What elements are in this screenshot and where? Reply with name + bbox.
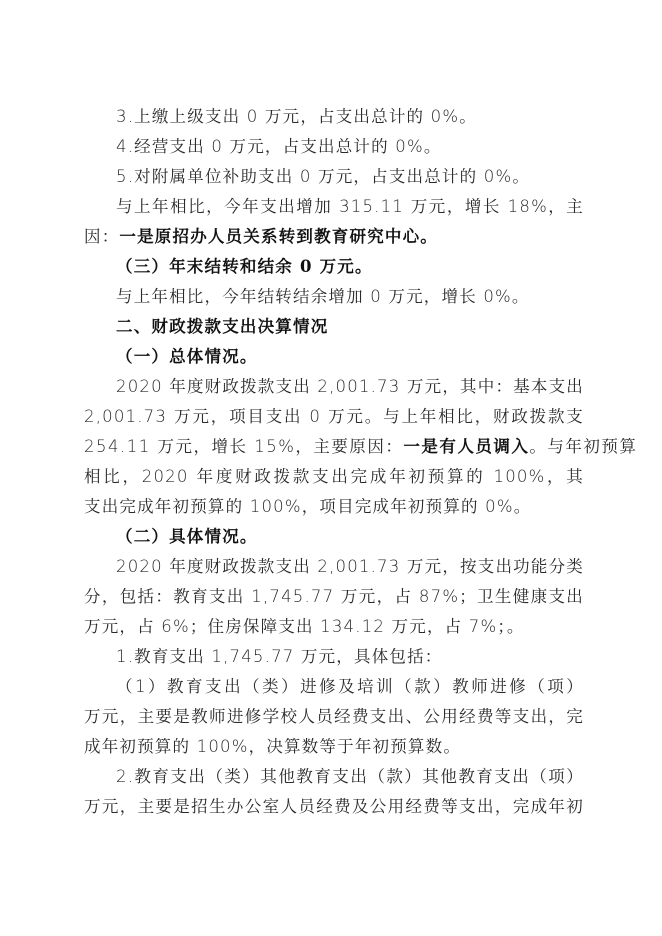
specific-para-line-3: 万元，占 6%；住房保障支出 134.12 万元，占 7%；。 bbox=[84, 612, 584, 642]
teacher-training-line-1: （1）教育支出（类）进修及培训（款）教师进修（项）1,589.20 bbox=[84, 672, 584, 702]
document-page: 3.上缴上级支出 0 万元，占支出总计的 0%。 4.经营支出 0 万元，占支出… bbox=[84, 102, 584, 822]
section-heading-fiscal-appropriation: 二、财政拨款支出决算情况 bbox=[84, 312, 584, 342]
teacher-training-line-2: 万元，主要是教师进修学校人员经费支出、公用经费等支出，完 bbox=[84, 702, 584, 732]
heading-year-end-balance: （三）年末结转和结余 0 万元。 bbox=[84, 252, 584, 282]
overall-reason-emphasis: 一是有人员调入 bbox=[403, 437, 529, 456]
yoy-expense-comparison: 与上年相比，今年支出增加 315.11 万元，增长 18%，主要原 bbox=[84, 192, 584, 222]
heading-specific-situation: （二）具体情况。 bbox=[84, 522, 584, 552]
teacher-training-line-3: 成年初预算的 100%，决算数等于年初预算数。 bbox=[84, 732, 584, 762]
specific-para-line-2: 分，包括：教育支出 1,745.77 万元，占 87%；卫生健康支出 121.8… bbox=[84, 582, 584, 612]
other-education-line-2: 万元，主要是招生办公室人员经费及公用经费等支出，完成年初 bbox=[84, 792, 584, 822]
education-expense-title: 1.教育支出 1,745.77 万元，具体包括： bbox=[84, 642, 584, 672]
reason-label: 因： bbox=[84, 227, 119, 246]
item-4-operating-expense: 4.经营支出 0 万元，占支出总计的 0%。 bbox=[84, 132, 584, 162]
overall-para-line-1: 2020 年度财政拨款支出 2,001.73 万元，其中：基本支出 bbox=[84, 372, 584, 402]
heading-overall-situation: （一）总体情况。 bbox=[84, 342, 584, 372]
overall-para-line-3: 254.11 万元，增长 15%，主要原因：一是有人员调入。与年初预算 bbox=[84, 432, 584, 462]
yoy-balance-comparison: 与上年相比，今年结转结余增加 0 万元，增长 0%。 bbox=[84, 282, 584, 312]
specific-para-line-1: 2020 年度财政拨款支出 2,001.73 万元，按支出功能分类科目 bbox=[84, 552, 584, 582]
overall-budget-text: 。与年初预算 bbox=[529, 437, 637, 456]
other-education-line-1: 2.教育支出（类）其他教育支出（款）其他教育支出（项）156.57 bbox=[84, 762, 584, 792]
item-5-subsidy-to-affiliates: 5.对附属单位补助支出 0 万元，占支出总计的 0%。 bbox=[84, 162, 584, 192]
overall-para-line-2: 2,001.73 万元，项目支出 0 万元。与上年相比，财政拨款支出增加 bbox=[84, 402, 584, 432]
overall-para-line-4: 相比，2020 年度财政拨款支出完成年初预算的 100%，其中：基本 bbox=[84, 462, 584, 492]
item-3-remit-to-superior: 3.上缴上级支出 0 万元，占支出总计的 0%。 bbox=[84, 102, 584, 132]
yoy-expense-reason: 因：一是原招办人员关系转到教育研究中心。 bbox=[84, 222, 584, 252]
overall-increase-text: 254.11 万元，增长 15%，主要原因： bbox=[84, 437, 403, 456]
overall-para-line-5: 支出完成年初预算的 100%，项目完成年初预算的 0%。 bbox=[84, 492, 584, 522]
reason-emphasis: 一是原招办人员关系转到教育研究中心。 bbox=[119, 227, 438, 246]
